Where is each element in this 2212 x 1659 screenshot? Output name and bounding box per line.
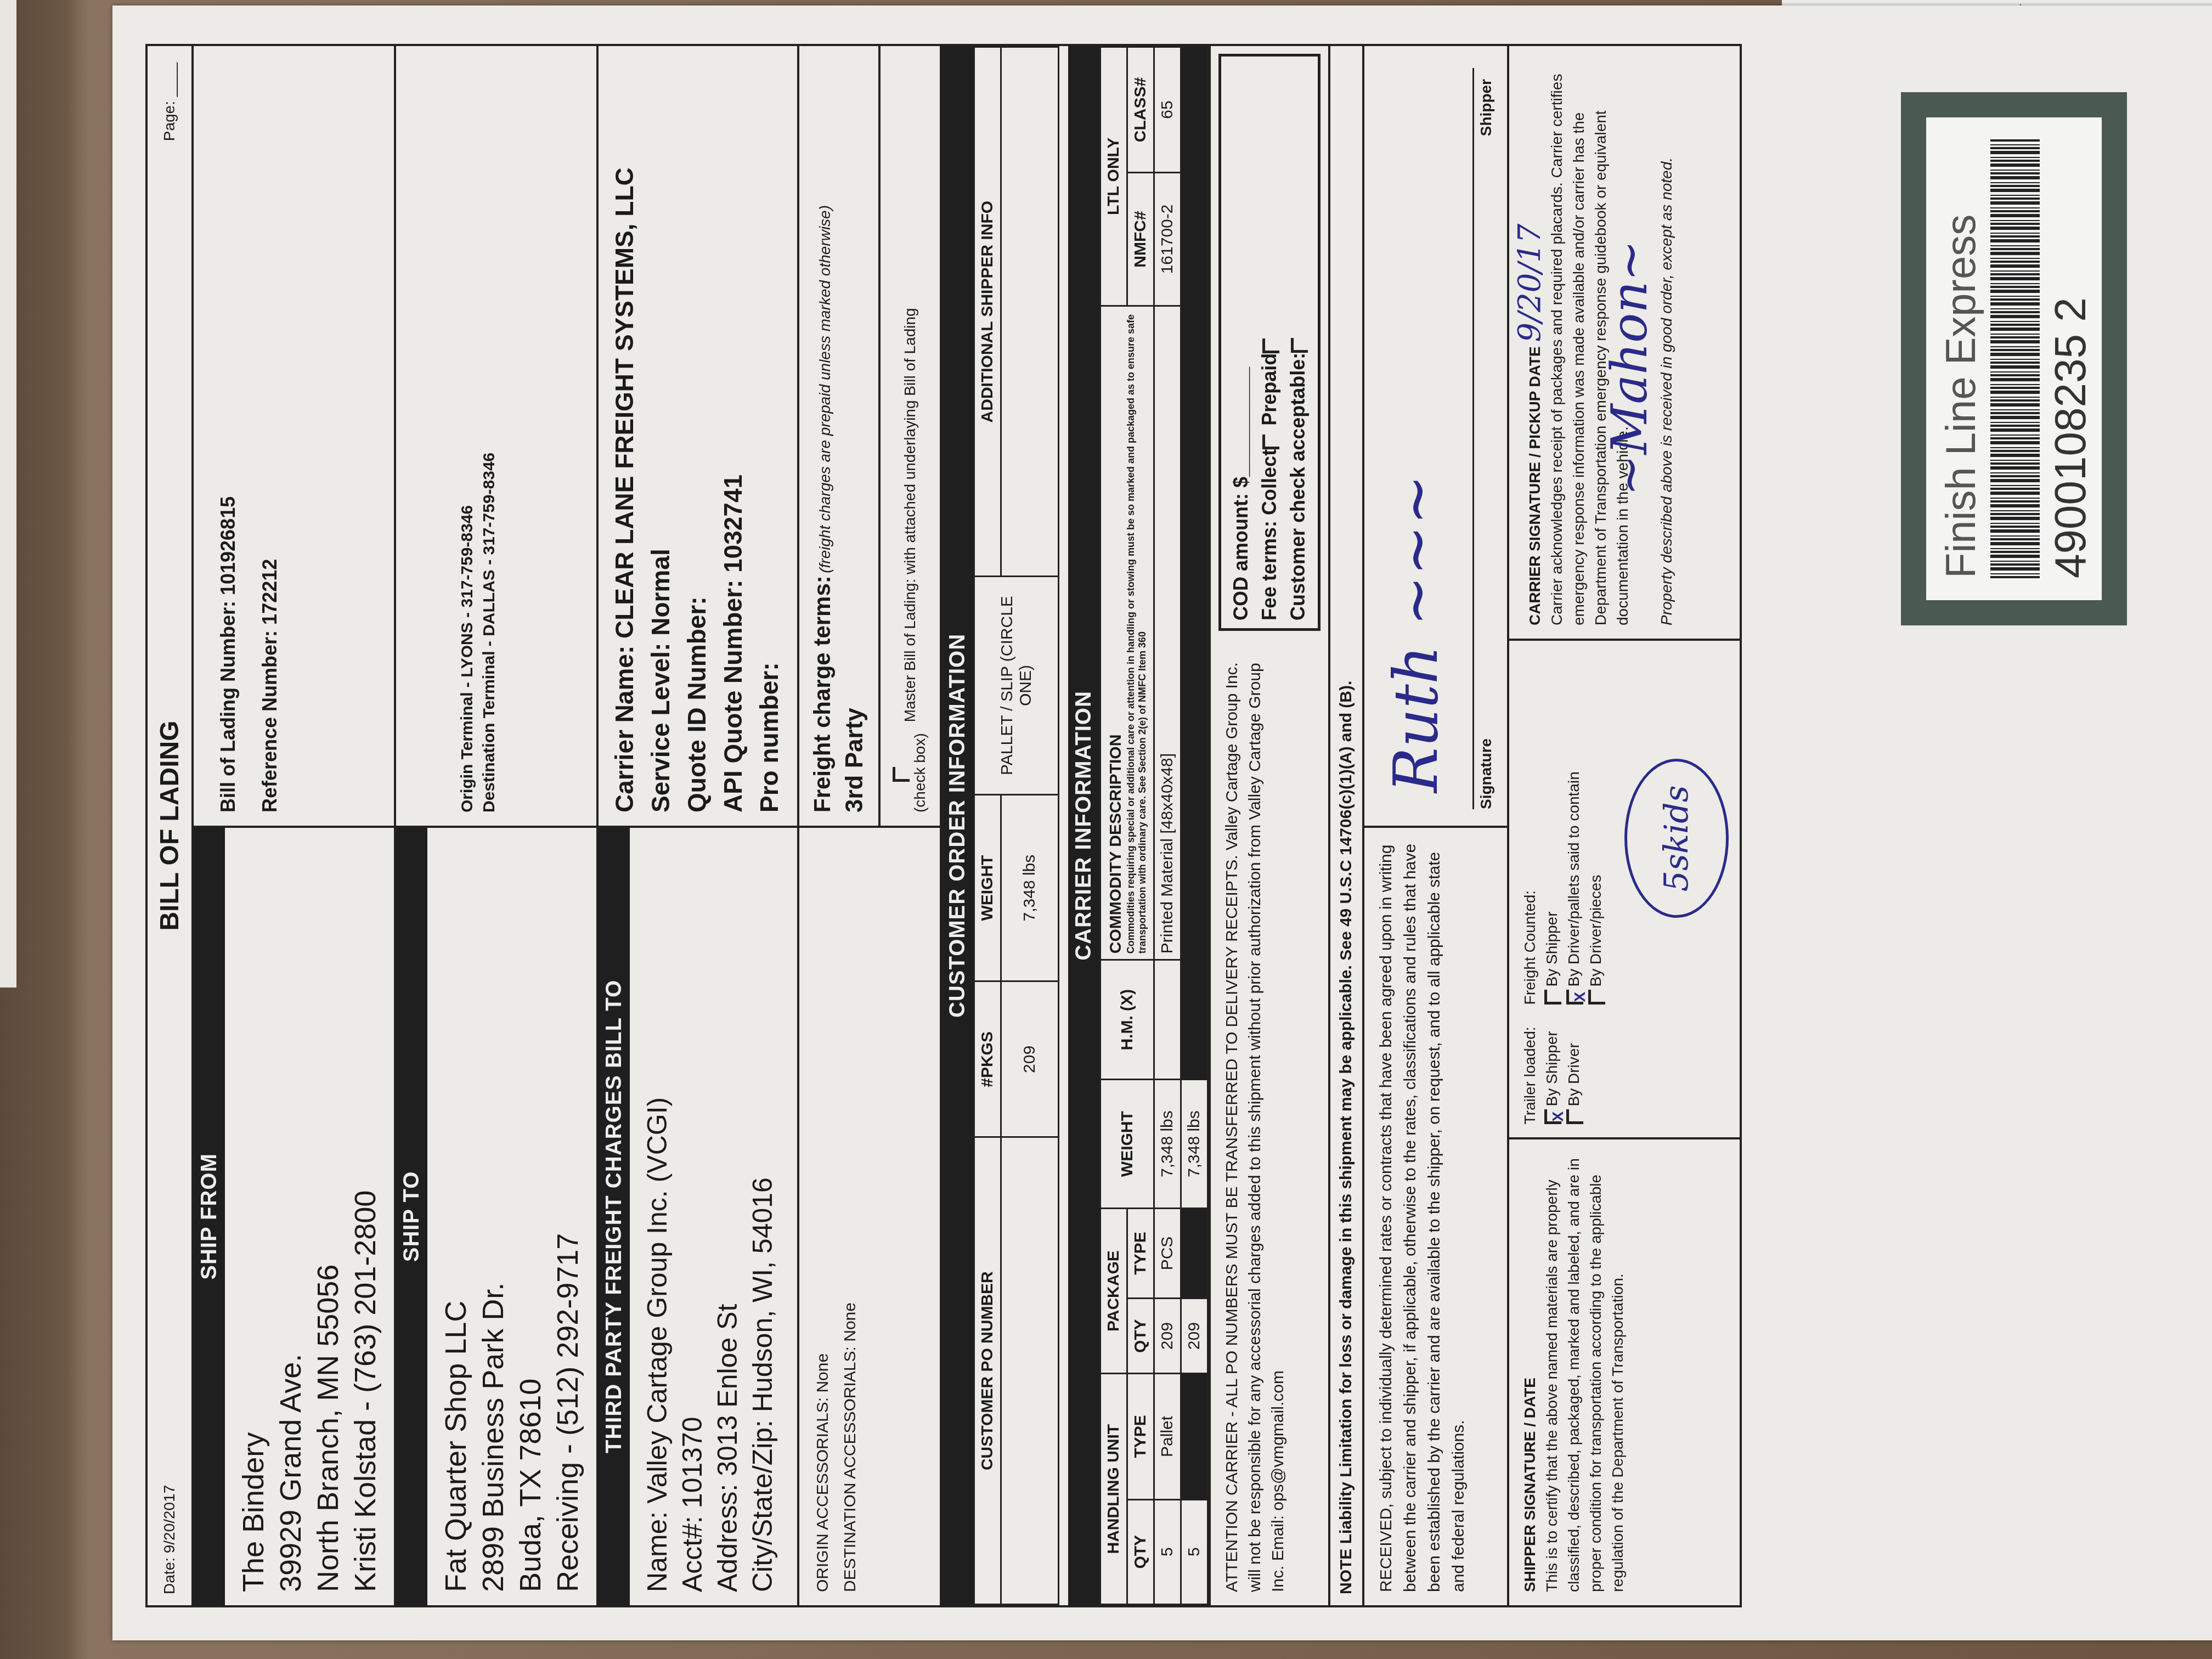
service-level: Service Level: Normal — [642, 59, 679, 812]
ship-from-bar: SHIP FROM — [194, 828, 225, 1605]
destination-terminal: Destination Terminal - DALLAS - 317-759-… — [478, 59, 500, 812]
hm — [1154, 960, 1181, 1080]
shipper-signature-text: This is to certify that the above named … — [1541, 1153, 1629, 1592]
pallet-slip[interactable]: PALLET / SLIP (CIRCLE ONE) — [974, 577, 1059, 794]
additional-info — [1001, 47, 1059, 577]
pkg-qty: 209 — [1154, 1299, 1181, 1374]
freight-terms-note: (freight charges are prepaid unless mark… — [816, 205, 833, 573]
counted-by-driver-pieces-checkbox[interactable] — [1588, 990, 1605, 1005]
trailer-loaded-title: Trailer loaded: — [1519, 1026, 1541, 1124]
totals-row: 5 209 7,348 lbs — [1181, 47, 1208, 1605]
pkg-qty-header: QTY — [1127, 1299, 1154, 1374]
trailer-by-driver-checkbox[interactable] — [1566, 1109, 1583, 1124]
trailer-by-shipper-checkbox[interactable]: X — [1544, 1109, 1561, 1124]
counted-by-shipper-checkbox[interactable] — [1544, 990, 1561, 1005]
col-po-number: CUSTOMER PO NUMBER — [974, 1137, 1001, 1605]
barcode — [1990, 139, 2040, 578]
master-bol-text: Master Bill of Lading: with attached und… — [900, 308, 920, 722]
col-weight: WEIGHT — [974, 794, 1001, 981]
carrier-signature-title: CARRIER SIGNATURE / PICKUP DATE — [1526, 346, 1543, 625]
commodity-header: COMMODITY DESCRIPTION — [1107, 312, 1125, 953]
reference-number: Reference Number: 172212 — [257, 59, 283, 812]
ship-from-line: Kristi Kolstad - (763) 201-2800 — [347, 841, 384, 1592]
liability-note: NOTE Liability Limitation for loss or da… — [1330, 46, 1364, 1605]
stamp-company: Finish Line Express — [1926, 117, 1985, 600]
counted-by-driver-pallets-checkbox[interactable]: X — [1566, 990, 1583, 1005]
ship-from-line: The Bindery — [235, 841, 272, 1592]
handwritten-pickup-date: 9/20/17 — [1512, 224, 1548, 342]
counted-by-driver-pallets-label: By Driver/pallets said to contain — [1565, 771, 1582, 986]
total-pkg-qty: 209 — [1181, 1299, 1208, 1374]
weight: 7,348 lbs — [1154, 1080, 1181, 1209]
hm-header: H.M. (X) — [1101, 960, 1154, 1080]
destination-accessorials: DESTINATION ACCESSORIALS: None — [837, 841, 864, 1592]
weight-header: WEIGHT — [1101, 1080, 1154, 1209]
carrier-info-bar: CARRIER INFORMATION — [1068, 46, 1099, 1605]
background-paper-left — [0, 0, 16, 988]
weight: 7,348 lbs — [1001, 794, 1059, 981]
class: 65 — [1154, 47, 1181, 173]
nmfc-header: NMFC# — [1127, 173, 1154, 306]
signature-label: Signature — [1476, 738, 1496, 809]
master-bol-checkbox[interactable] — [893, 767, 910, 782]
shipper-label: Shipper — [1476, 79, 1496, 136]
pkgs: 209 — [1001, 981, 1059, 1137]
attention-notice: ATTENTION CARRIER - ALL PO NUMBERS MUST … — [1211, 639, 1328, 1605]
ship-to-line: Buda, TX 78610 — [512, 841, 549, 1592]
api-quote-number: API Quote Number: 1032741 — [715, 59, 751, 812]
third-party-bar: THIRD PARTY FREIGHT CHARGES BILL TO — [599, 828, 630, 1605]
carrier-name: Carrier Name: CLEAR LANE FREIGHT SYSTEMS… — [606, 59, 642, 812]
bill-of-lading-sheet: Date: 9/20/2017 BILL OF LADING Page: ___… — [112, 5, 2212, 1640]
shipper-signature-title: SHIPPER SIGNATURE / DATE — [1519, 1153, 1541, 1592]
third-party-city: City/State/Zip: Hudson, WI, 54016 — [745, 841, 780, 1592]
pro-number: Pro number: — [751, 59, 787, 812]
ship-to-line: Receiving - (512) 292-9717 — [549, 841, 586, 1592]
page-label: Page: — [161, 101, 178, 141]
origin-terminal: Origin Terminal - LYONS - 317-759-8346 — [456, 59, 478, 812]
fee-terms-collect: Fee terms: Collect — [1258, 449, 1280, 620]
hu-type: Pallet — [1154, 1374, 1181, 1499]
bol-number: Bill of Lading Number: 101926815 — [216, 59, 241, 812]
origin-accessorials: ORIGIN ACCESSORIALS: None — [809, 841, 837, 1592]
carrier-signature: ~Mahon~ — [1619, 240, 1641, 496]
third-party-acct: Acct#: 101370 — [675, 841, 710, 1592]
ship-to-address: Fat Quarter Shop LLC 2899 Business Park … — [427, 828, 596, 1605]
ltl-only-header: LTL ONLY — [1101, 47, 1127, 306]
total-weight: 7,348 lbs — [1181, 1080, 1208, 1209]
freight-counted-title: Freight Counted: — [1519, 771, 1541, 1005]
shipper-signature: Ruth ~~~ — [1381, 475, 1451, 793]
customer-check-checkbox[interactable] — [1291, 338, 1308, 353]
property-received-note: Property described above is received in … — [1656, 59, 1678, 625]
third-party-name: Name: Valley Cartage Group Inc. (VCGI) — [640, 841, 675, 1592]
pkg-type: PCS — [1154, 1208, 1181, 1298]
freight-terms-label: Freight charge terms: — [809, 575, 835, 812]
handwritten-skids-count: 5skids — [1624, 759, 1729, 918]
ship-from-line: North Branch, MN 55056 — [309, 841, 347, 1592]
trailer-by-driver-label: By Driver — [1565, 1043, 1582, 1106]
package-header: PACKAGE — [1101, 1208, 1127, 1373]
ship-to-line: Fat Quarter Shop LLC — [437, 841, 475, 1592]
bill-of-lading-form: Date: 9/20/2017 BILL OF LADING Page: ___… — [145, 44, 1742, 1607]
col-additional-info: ADDITIONAL SHIPPER INFO — [974, 47, 1001, 577]
customer-order-bar: CUSTOMER ORDER INFORMATION — [942, 46, 973, 1605]
stamp-number: 4900108235 2 — [2045, 117, 2096, 600]
hu-type-header: TYPE — [1127, 1374, 1154, 1499]
third-party-address: Address: 3013 Enloe St — [710, 841, 745, 1592]
customer-check-label: Customer check acceptable: — [1286, 353, 1309, 620]
counted-by-shipper-label: By Shipper — [1543, 911, 1560, 986]
date: Date: 9/20/2017 — [160, 1091, 179, 1605]
table-row: 5 Pallet 209 PCS 7,348 lbs Printed Mater… — [1154, 47, 1181, 1605]
ship-from-line: 39929 Grand Ave. — [272, 841, 309, 1592]
quote-id: Quote ID Number: — [679, 59, 715, 812]
freight-terms-value: 3rd Party — [841, 59, 868, 812]
page-title: BILL OF LADING — [155, 561, 185, 1091]
carrier-info-table: HANDLING UNIT PACKAGE WEIGHT H.M. (X) CO… — [1099, 46, 1209, 1605]
trailer-by-shipper-label: By Shipper — [1543, 1031, 1560, 1106]
fee-terms-prepaid: Prepaid — [1258, 353, 1280, 426]
check-box-label: (check box) — [911, 733, 928, 812]
pkg-type-header: TYPE — [1127, 1208, 1154, 1298]
class-header: CLASS# — [1127, 47, 1154, 173]
ship-to-line: 2899 Business Park Dr. — [475, 841, 512, 1592]
ship-to-bar: SHIP TO — [396, 828, 427, 1605]
po-number — [1001, 1137, 1059, 1605]
finish-line-express-stamp: Finish Line Express 4900108235 2 — [1901, 92, 2127, 625]
table-row: 209 7,348 lbs — [1001, 47, 1059, 1605]
nmfc: 161700-2 — [1154, 173, 1181, 306]
handling-unit-header: HANDLING UNIT — [1101, 1374, 1127, 1605]
col-pkgs: #PKGS — [974, 981, 1001, 1137]
total-hu-qty: 5 — [1181, 1499, 1208, 1604]
counted-by-driver-pieces-label: By Driver/pieces — [1587, 875, 1604, 987]
customer-order-table: CUSTOMER PO NUMBER #PKGS WEIGHT PALLET /… — [973, 46, 1059, 1605]
cod-amount-label: COD amount: $ — [1229, 477, 1252, 620]
commodity-note: Commodities requiring special or additio… — [1125, 312, 1148, 953]
commodity-description: Printed Material [48x40x48] — [1154, 306, 1181, 960]
prepaid-checkbox[interactable] — [1262, 338, 1279, 353]
ship-from-address: The Bindery 39929 Grand Ave. North Branc… — [225, 828, 394, 1605]
hu-qty-header: QTY — [1127, 1499, 1154, 1604]
hu-qty: 5 — [1154, 1499, 1181, 1604]
collect-checkbox[interactable] — [1262, 435, 1279, 449]
received-text: RECEIVED, subject to individually determ… — [1364, 826, 1507, 1605]
